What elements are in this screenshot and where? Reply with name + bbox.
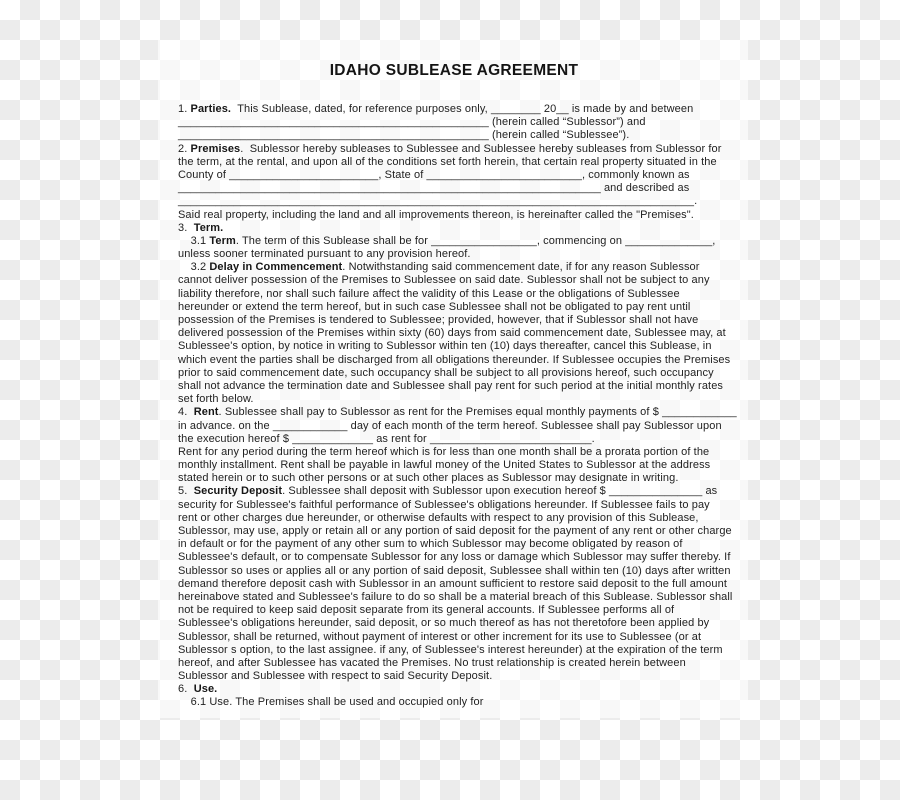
document-line: Sublessee's default, or to compensate Su…	[178, 551, 734, 564]
document-line: prior to said commencement date, such oc…	[178, 367, 734, 380]
document-line: Rent for any period during the term here…	[178, 446, 734, 459]
document-line: cannot deliver possession of the Premise…	[178, 274, 734, 287]
document-line: 2. Premises. Sublessor hereby subleases …	[178, 143, 734, 156]
document-line: 6.1 Use. The Premises shall be used and …	[178, 696, 734, 709]
document-line: Sublessor and Sublessee with respect to …	[178, 670, 734, 683]
document-line: the execution hereof $ _____________ as …	[178, 433, 734, 446]
document-line: hereinabove stated and Sublessee's failu…	[178, 591, 734, 604]
document-line: demand therefore deposit cash with Suble…	[178, 578, 734, 591]
document-line: rent or other charges due hereunder, or …	[178, 512, 734, 525]
document-line: monthly installment. Rent shall be payab…	[178, 459, 734, 472]
document-line: 4. Rent. Sublessee shall pay to Sublesso…	[178, 406, 734, 419]
document-line: 3.2 Delay in Commencement. Notwithstandi…	[178, 261, 734, 274]
document-line: security for Sublessee's faithful perfor…	[178, 499, 734, 512]
document-line: unless sooner terminated pursuant to any…	[178, 248, 734, 261]
document-line: 3. Term.	[178, 222, 734, 235]
document-line: set forth below.	[178, 393, 734, 406]
document-line: Said real property, including the land a…	[178, 209, 734, 222]
document-line: Sublessee's obligations hereunder, said …	[178, 617, 734, 630]
document-line: which event the parties shall be dischar…	[178, 354, 734, 367]
document-line: liability therefore, nor shall such fail…	[178, 288, 734, 301]
document-line: shall not advance the termination date a…	[178, 380, 734, 393]
document-line: stated herein or to such other persons o…	[178, 472, 734, 485]
document-title: IDAHO SUBLEASE AGREEMENT	[178, 62, 730, 80]
document-line: hereof, and after Sublessee has vacated …	[178, 657, 734, 670]
document-line: 6. Use.	[178, 683, 734, 696]
document-line: Sublessor so uses or applies all or any …	[178, 565, 734, 578]
document-body: 1. Parties. This Sublease, dated, for re…	[178, 103, 734, 710]
document-line: ________________________________________…	[178, 182, 734, 195]
document-line: not be required to keep said deposit sep…	[178, 604, 734, 617]
document-line: hereunder or extend the term hereof, but…	[178, 301, 734, 314]
document-line: County of ________________________, Stat…	[178, 169, 734, 182]
document-line: 5. Security Deposit. Sublessee shall dep…	[178, 485, 734, 498]
document-line: Sublessor s option, to the last assignee…	[178, 644, 734, 657]
document-line: 1. Parties. This Sublease, dated, for re…	[178, 103, 734, 116]
document-line: the term, at the rental, and upon all of…	[178, 156, 734, 169]
document-line: ________________________________________…	[178, 195, 734, 208]
document-line: Sublessor, may use, apply or retain all …	[178, 525, 734, 538]
document-line: possession of the Premises is tendered t…	[178, 314, 734, 327]
document-line: Sublessee's option, by notice in writing…	[178, 340, 734, 353]
document-line: ________________________________________…	[178, 129, 734, 142]
document-line: delivered possession of the Premises wit…	[178, 327, 734, 340]
document-line: 3.1 Term. The term of this Sublease shal…	[178, 235, 734, 248]
document-line: Sublessor, shall be returned, without pa…	[178, 631, 734, 644]
document-line: in default or for the payment of any oth…	[178, 538, 734, 551]
document-line: ________________________________________…	[178, 116, 734, 129]
document-line: in advance. on the ____________ day of e…	[178, 420, 734, 433]
